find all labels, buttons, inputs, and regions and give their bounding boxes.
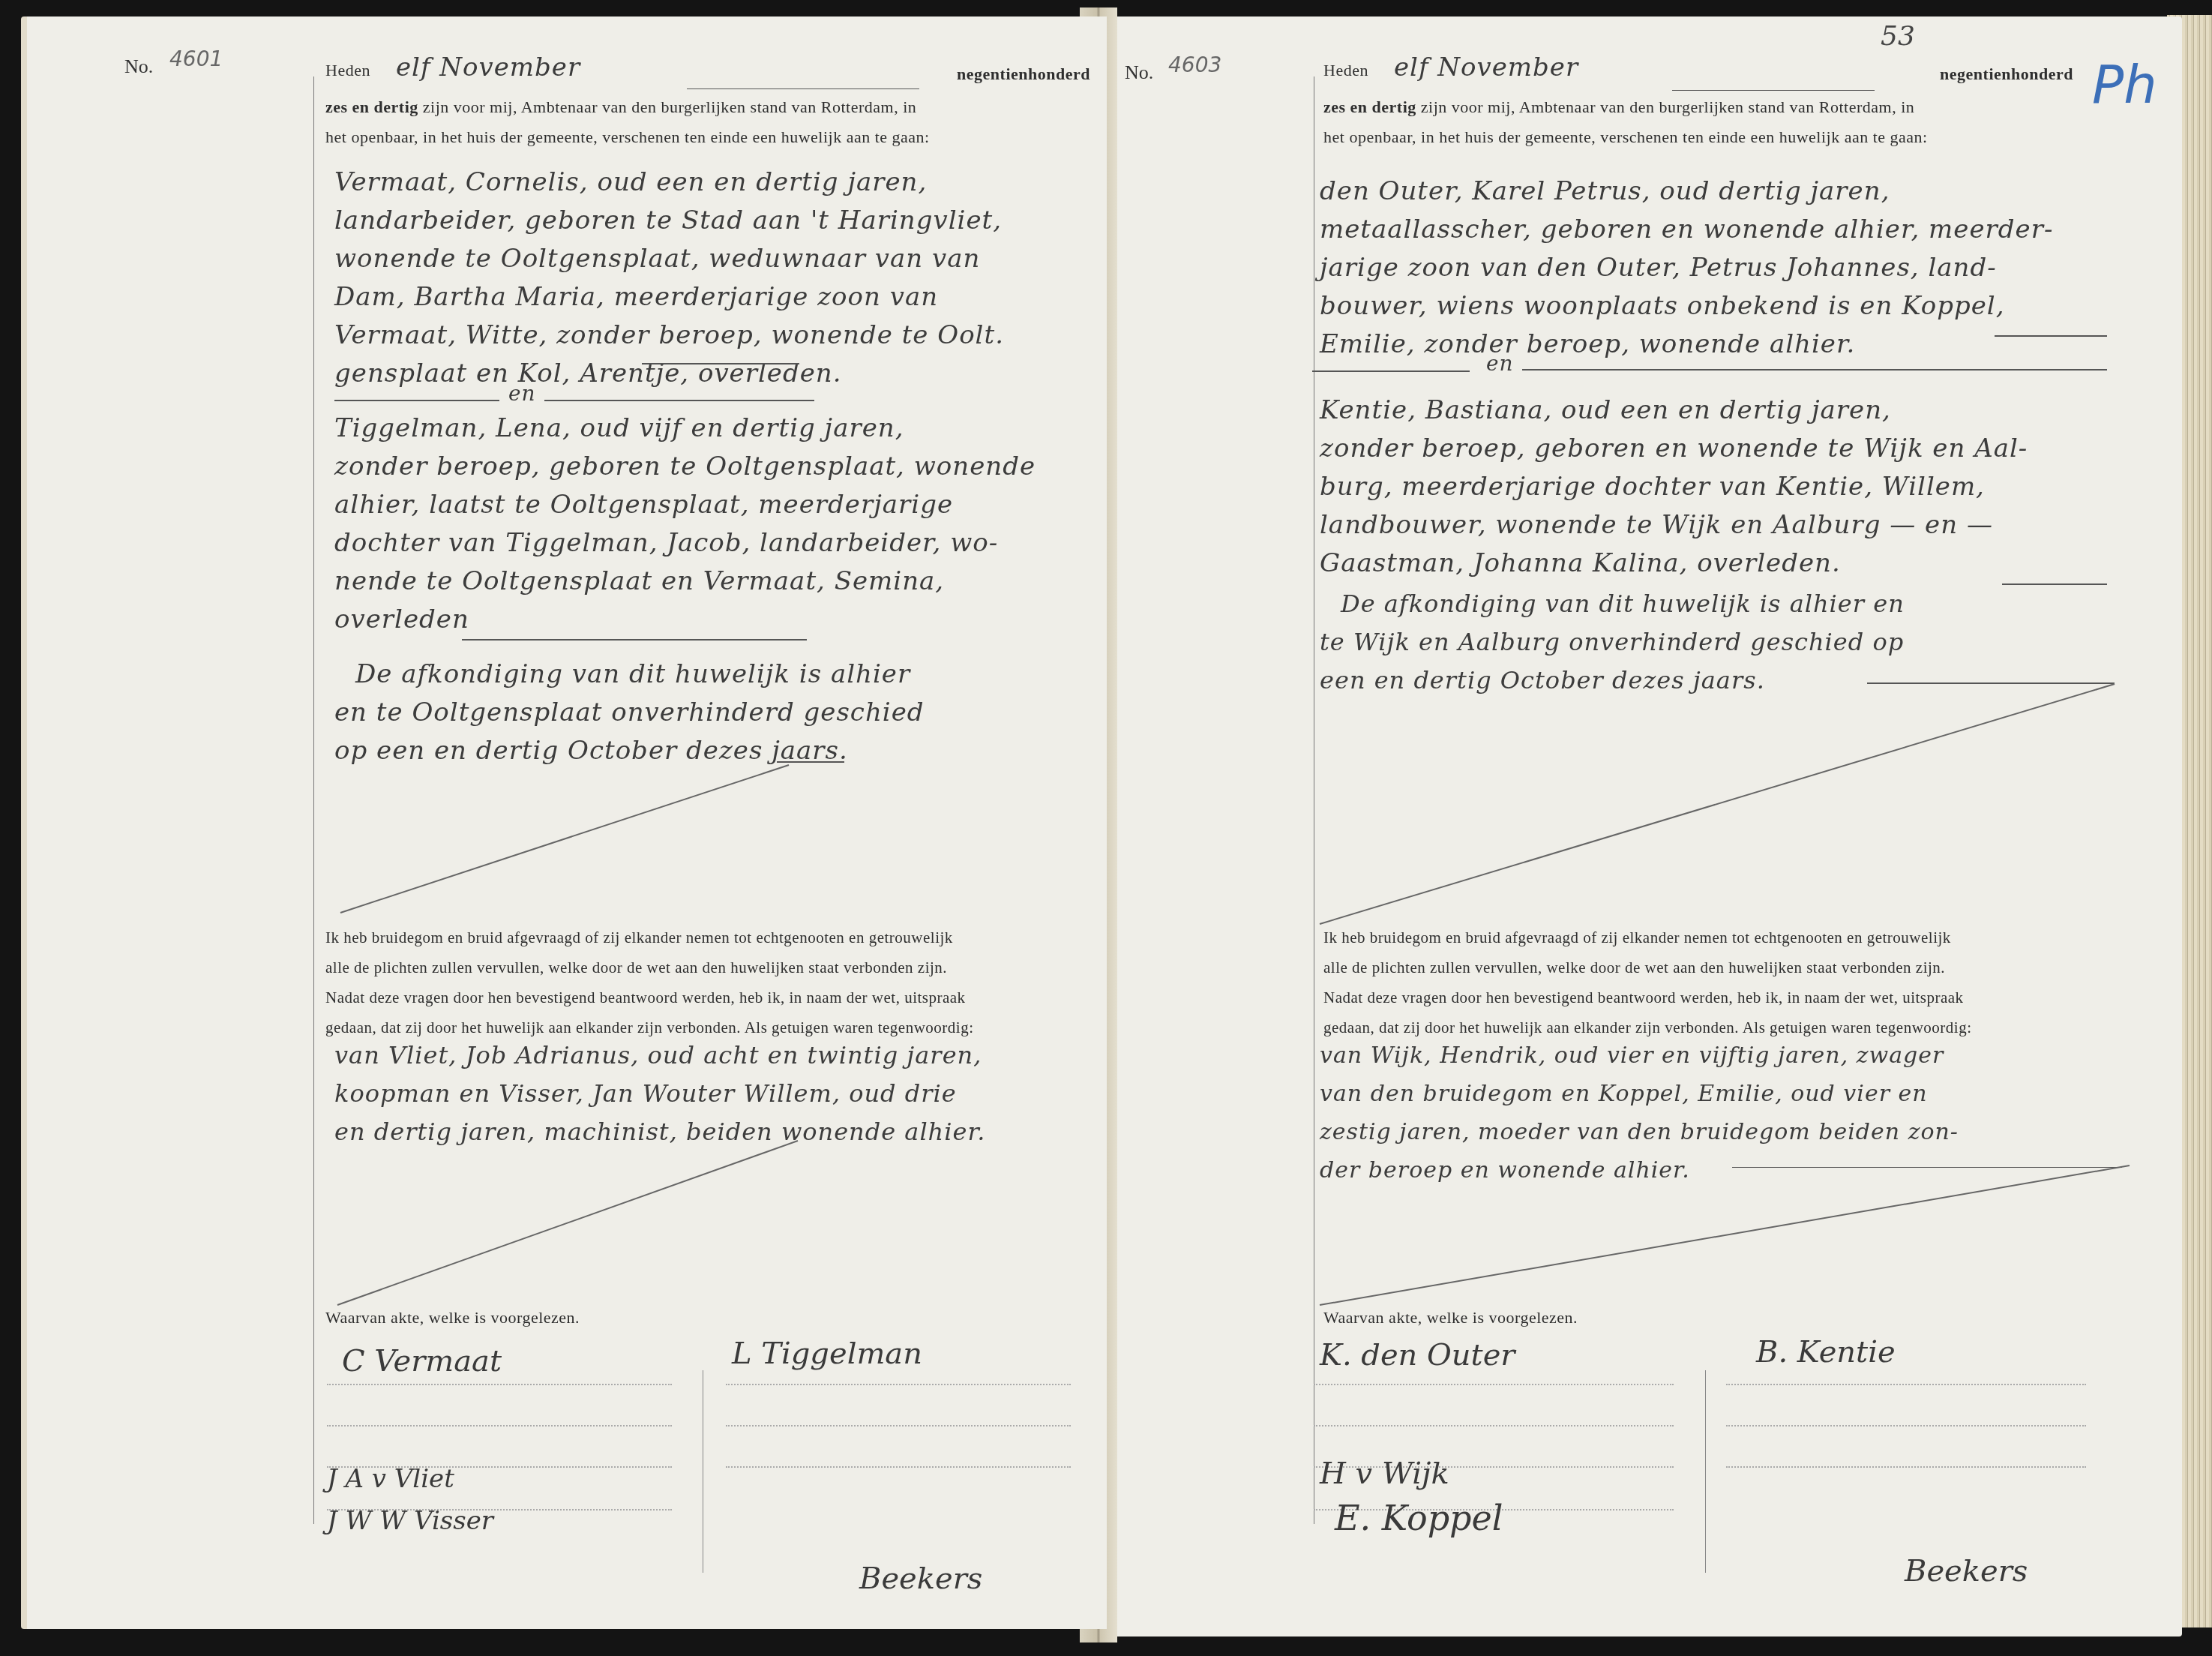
proclamation-line: en te Ooltgensplaat onverhinderd geschie… bbox=[334, 694, 925, 732]
bride-line: landbouwer, wonende te Wijk en Aalburg —… bbox=[1320, 506, 2028, 544]
vows-line: alle de plichten zullen vervullen, welke… bbox=[1323, 952, 1971, 982]
vows-line: Ik heb bruidegom en bruid afgevraagd of … bbox=[1323, 922, 1971, 952]
witness-line: van Wijk, Hendrik, oud vier en vijftig j… bbox=[1320, 1036, 1959, 1075]
bride-line: overleden bbox=[334, 601, 1036, 639]
marginal-initials: Ph bbox=[2092, 54, 2157, 115]
groom-line: Dam, Bartha Maria, meerderjarige zoon va… bbox=[334, 278, 1004, 316]
vows-text: Ik heb bruidegom en bruid afgevraagd of … bbox=[325, 922, 973, 1042]
signature-line bbox=[327, 1425, 672, 1426]
vows-line: Nadat deze vragen door hen bevestigend b… bbox=[325, 982, 973, 1012]
header-line-3: het openbaar, in het huis der gemeente, … bbox=[1323, 127, 1928, 147]
witness-line: en dertig jaren, machinist, beiden wonen… bbox=[334, 1113, 985, 1151]
witness-line: koopman en Visser, Jan Wouter Willem, ou… bbox=[334, 1075, 985, 1113]
heden-label: Heden bbox=[1323, 61, 1368, 79]
official-signature: Beekers bbox=[859, 1561, 982, 1596]
negentienhonderd-label: negentienhonderd bbox=[1940, 64, 2073, 84]
heden-label: Heden bbox=[325, 61, 370, 79]
bride-line: zonder beroep, geboren en wonende te Wij… bbox=[1320, 430, 2028, 468]
fill-line bbox=[1732, 1167, 2122, 1168]
groom-line: Emilie, zonder beroep, wonende alhier. bbox=[1320, 325, 2053, 364]
bride-signature: B. Kentie bbox=[1756, 1335, 1896, 1369]
signature-line bbox=[1314, 1425, 1674, 1426]
groom-line: wonende te Ooltgensplaat, weduwnaar van … bbox=[334, 240, 1004, 278]
header-line-2-text: zijn voor mij, Ambtenaar van den burgerl… bbox=[423, 97, 917, 116]
header-line-2: zes en dertig zijn voor mij, Ambtenaar v… bbox=[1323, 97, 1914, 117]
groom-line: Vermaat, Witte, zonder beroep, wonende t… bbox=[334, 316, 1004, 355]
witness-1-signature: J A v Vliet bbox=[327, 1464, 454, 1494]
bride-line: alhier, laatst te Ooltgensplaat, meerder… bbox=[334, 486, 1036, 524]
signature-line bbox=[1726, 1466, 2086, 1468]
fill-line bbox=[1995, 335, 2107, 337]
bride-entry: Tiggelman, Lena, oud vijf en dertig jare… bbox=[334, 409, 1036, 639]
proclamation: De afkondiging van dit huwelijk is alhie… bbox=[1320, 585, 1905, 700]
en-separator: en bbox=[1486, 351, 1514, 376]
header-line-2-text: zijn voor mij, Ambtenaar van den burgerl… bbox=[1421, 97, 1915, 116]
bride-line: Tiggelman, Lena, oud vijf en dertig jare… bbox=[334, 409, 1036, 448]
negentienhonderd-label: negentienhonderd bbox=[957, 64, 1090, 84]
closing-text: Waarvan akte, welke is voorgelezen. bbox=[325, 1308, 580, 1327]
witness-line: der beroep en wonende alhier. bbox=[1320, 1151, 1959, 1189]
record-header: Heden elf November negentienhonderd bbox=[325, 52, 1090, 82]
groom-line: jarige zoon van den Outer, Petrus Johann… bbox=[1320, 249, 2053, 287]
signature-line bbox=[726, 1384, 1071, 1385]
groom-entry: Vermaat, Cornelis, oud een en dertig jar… bbox=[334, 163, 1004, 393]
proclamation-line: De afkondiging van dit huwelijk is alhie… bbox=[1320, 585, 1905, 623]
witness-2-signature: J W W Visser bbox=[327, 1506, 493, 1536]
fill-line bbox=[1867, 682, 2115, 684]
record-number-label: No. bbox=[124, 55, 153, 78]
bride-line: nende te Ooltgensplaat en Vermaat, Semin… bbox=[334, 562, 1036, 601]
en-line-left bbox=[334, 400, 499, 401]
proclamation-line: De afkondiging van dit huwelijk is alhie… bbox=[334, 655, 925, 694]
margin-rule bbox=[313, 76, 314, 1524]
en-separator: en bbox=[508, 381, 536, 406]
witness-1-signature: H v Wijk bbox=[1320, 1456, 1449, 1491]
year-words: zes en dertig bbox=[1323, 97, 1416, 116]
signature-line bbox=[327, 1384, 672, 1385]
record-number: 4603 bbox=[1168, 52, 1221, 77]
groom-entry: den Outer, Karel Petrus, oud dertig jare… bbox=[1320, 172, 2053, 364]
signature-divider bbox=[1705, 1370, 1706, 1573]
witnesses-entry: van Vliet, Job Adrianus, oud acht en twi… bbox=[334, 1036, 985, 1151]
en-line-right bbox=[544, 400, 814, 401]
record-number-label: No. bbox=[1125, 61, 1153, 84]
fill-line bbox=[642, 363, 799, 364]
vows-line: Nadat deze vragen door hen bevestigend b… bbox=[1323, 982, 1971, 1012]
proclamation: De afkondiging van dit huwelijk is alhie… bbox=[334, 655, 925, 770]
witness-line: van den bruidegom en Koppel, Emilie, oud… bbox=[1320, 1075, 1959, 1113]
groom-line: Vermaat, Cornelis, oud een en dertig jar… bbox=[334, 163, 1004, 202]
right-page: 53 Ph No. 4603 Heden elf November negent… bbox=[1117, 16, 2182, 1636]
page-number: 53 bbox=[1881, 21, 1915, 52]
signature-line bbox=[1726, 1425, 2086, 1426]
bride-line: burg, meerderjarige dochter van Kentie, … bbox=[1320, 468, 2028, 506]
groom-line: metaallasscher, geboren en wonende alhie… bbox=[1320, 211, 2053, 249]
record-header: Heden elf November negentienhonderd bbox=[1323, 52, 2073, 82]
vows-line: alle de plichten zullen vervullen, welke… bbox=[325, 952, 973, 982]
record-number: 4601 bbox=[169, 46, 223, 71]
groom-signature: K. den Outer bbox=[1320, 1338, 1515, 1372]
bride-signature: L Tiggelman bbox=[732, 1336, 922, 1371]
witness-line: zestig jaren, moeder van den bruidegom b… bbox=[1320, 1113, 1959, 1151]
date-handwritten: elf November bbox=[396, 52, 580, 82]
date-handwritten: elf November bbox=[1394, 52, 1578, 82]
vows-line: Ik heb bruidegom en bruid afgevraagd of … bbox=[325, 922, 973, 952]
fill-line bbox=[462, 639, 807, 640]
official-signature: Beekers bbox=[1905, 1554, 2028, 1588]
groom-line: landarbeider, geboren te Stad aan 't Har… bbox=[334, 202, 1004, 240]
bride-line: zonder beroep, geboren te Ooltgensplaat,… bbox=[334, 448, 1036, 486]
margin-rule bbox=[1314, 76, 1314, 1524]
header-line-2: zes en dertig zijn voor mij, Ambtenaar v… bbox=[325, 97, 916, 117]
witness-line: van Vliet, Job Adrianus, oud acht en twi… bbox=[334, 1036, 985, 1075]
year-words: zes en dertig bbox=[325, 97, 418, 116]
groom-signature: C Vermaat bbox=[342, 1344, 502, 1378]
groom-line: den Outer, Karel Petrus, oud dertig jare… bbox=[1320, 172, 2053, 211]
signature-line bbox=[726, 1466, 1071, 1468]
proclamation-line: op een en dertig October dezes jaars. bbox=[334, 732, 925, 770]
proclamation-line: te Wijk en Aalburg onverhinderd geschied… bbox=[1320, 623, 1905, 661]
signature-divider bbox=[703, 1370, 703, 1573]
bride-line: dochter van Tiggelman, Jacob, landarbeid… bbox=[334, 524, 1036, 562]
en-line-right bbox=[1522, 369, 2107, 370]
en-line-left bbox=[1312, 370, 1470, 372]
witness-2-signature: E. Koppel bbox=[1335, 1498, 1503, 1538]
fill-line bbox=[2002, 583, 2107, 585]
bride-entry: Kentie, Bastiana, oud een en dertig jare… bbox=[1320, 391, 2028, 583]
fill-line bbox=[687, 88, 919, 89]
header-line-3: het openbaar, in het huis der gemeente, … bbox=[325, 127, 930, 147]
closing-text: Waarvan akte, welke is voorgelezen. bbox=[1323, 1308, 1578, 1327]
groom-line: gensplaat en Kol, Arentje, overleden. bbox=[334, 355, 1004, 393]
bride-line: Gaastman, Johanna Kalina, overleden. bbox=[1320, 544, 2028, 583]
bride-line: Kentie, Bastiana, oud een en dertig jare… bbox=[1320, 391, 2028, 430]
signature-line bbox=[726, 1425, 1071, 1426]
groom-line: bouwer, wiens woonplaats onbekend is en … bbox=[1320, 287, 2053, 325]
left-page: No. 4601 Heden elf November negentienhon… bbox=[21, 16, 1107, 1629]
fill-line bbox=[1672, 90, 1875, 91]
signature-line bbox=[1314, 1384, 1674, 1385]
signature-line bbox=[1726, 1384, 2086, 1385]
vows-text: Ik heb bruidegom en bruid afgevraagd of … bbox=[1323, 922, 1971, 1042]
proclamation-line: een en dertig October dezes jaars. bbox=[1320, 661, 1905, 700]
fill-line bbox=[777, 761, 844, 763]
